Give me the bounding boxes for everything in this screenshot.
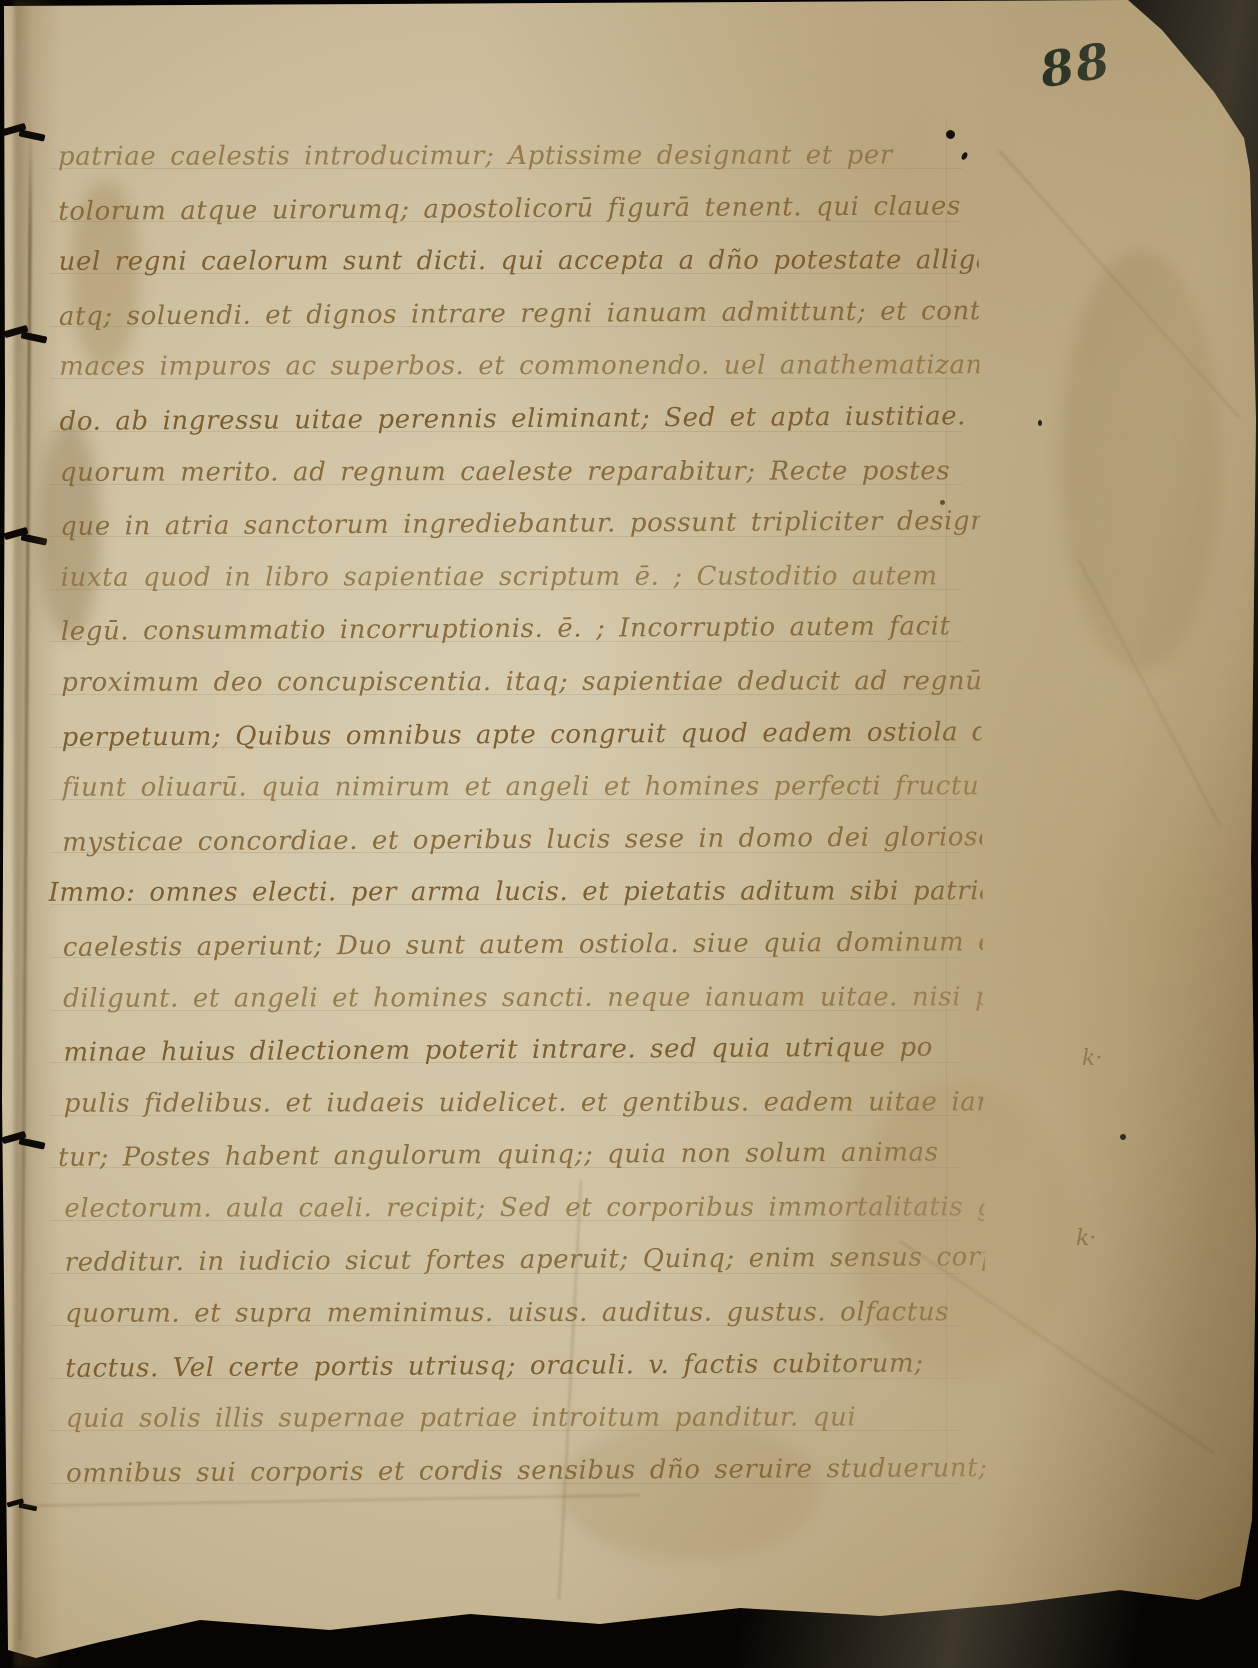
text-line: tolorum atque uirorumq; apostolicorū fig… [58, 180, 978, 238]
text-block: patriae caelestis introducimur; Aptissim… [58, 127, 986, 1500]
text-line: patriae caelestis introducimur; Aptissim… [58, 129, 978, 183]
binding-stitch [2, 124, 48, 144]
text-line: minae huius dilectionem poterit intrare.… [63, 1021, 983, 1079]
text-line: atq; soluendi. et dignos intrare regni i… [59, 285, 979, 343]
text-line: iuxta quod in libro sapientiae scriptum … [61, 550, 981, 604]
binding-stitch [4, 326, 50, 346]
text-line: legū. consummatio incorruptionis. ē. ; I… [61, 601, 981, 659]
margin-mark: k· [1082, 1046, 1102, 1071]
text-line: redditur. in iudicio sicut fortes aperui… [65, 1232, 985, 1290]
text-line: diligunt. et angeli et homines sancti. n… [63, 971, 983, 1025]
text-line: proximum deo concupiscentia. itaq; sapie… [61, 655, 981, 709]
text-line: do. ab ingressu uitae perennis eliminant… [59, 390, 979, 448]
text-line: omnibus sui corporis et cordis sensibus … [66, 1442, 986, 1500]
text-line: maces impuros ac superbos. et commonendo… [59, 340, 979, 394]
text-line: quia solis illis supernae patriae introi… [66, 1391, 986, 1445]
margin-mark: k· [1076, 1226, 1096, 1251]
text-line: tactus. Vel certe portis utriusq; oracul… [65, 1337, 985, 1395]
text-line: mysticae concordiae. et operibus lucis s… [62, 811, 982, 869]
text-line: fiunt oliuarū. quia nimirum et angeli et… [62, 760, 982, 814]
text-line: Immo: omnes electi. per arma lucis. et p… [48, 866, 982, 920]
text-line: electorum. aula caeli. recipit; Sed et c… [64, 1181, 984, 1235]
ink-spot [1120, 1134, 1126, 1140]
binding-stitch [2, 1132, 48, 1152]
parchment-stain [1060, 250, 1220, 670]
text-line: quorum merito. ad regnum caeleste repara… [60, 445, 980, 499]
text-line: uel regni caelorum sunt dicti. qui accep… [59, 234, 979, 288]
text-line: caelestis aperiunt; Duo sunt autem ostio… [63, 916, 983, 974]
text-line: que in atria sanctorum ingrediebantur. p… [60, 495, 980, 553]
text-line: quorum. et supra meminimus. uisus. audit… [65, 1286, 985, 1340]
text-line: pulis fidelibus. et iudaeis uidelicet. e… [64, 1076, 984, 1130]
text-line: perpetuum; Quibus omnibus apte congruit … [61, 706, 981, 764]
text-line: tur; Postes habent angulorum quinq;; qui… [58, 1126, 984, 1184]
manuscript-photo: 88 patriae caelestis introducimur; Aptis… [0, 0, 1258, 1668]
ink-spot [1038, 420, 1042, 426]
